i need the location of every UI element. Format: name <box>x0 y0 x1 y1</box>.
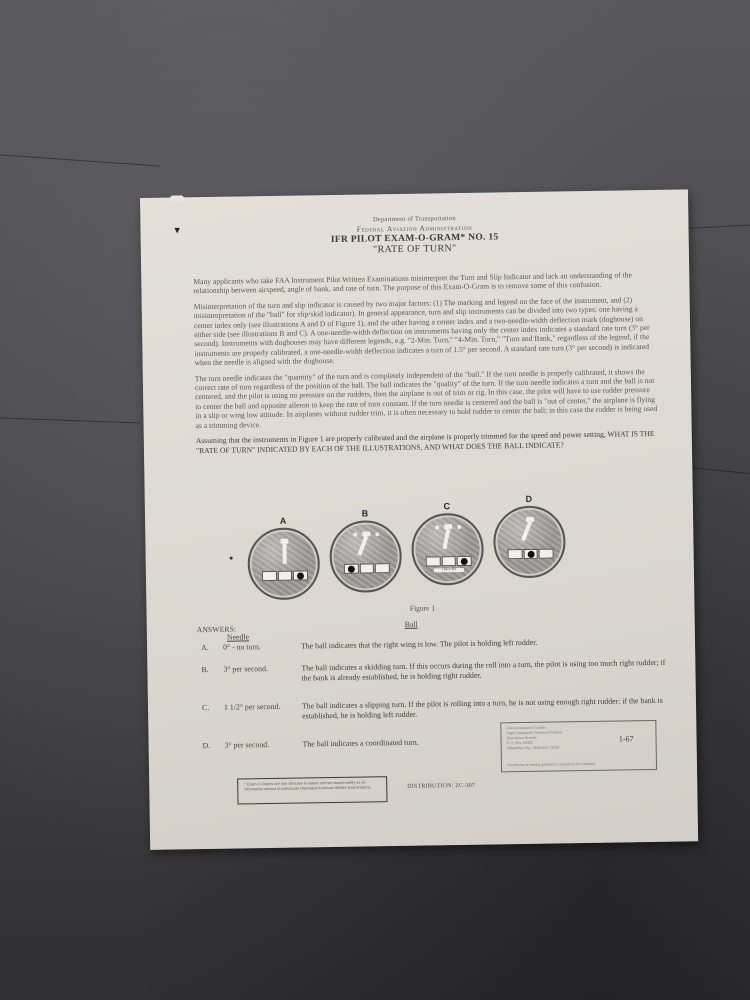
illustration-label: A <box>245 515 321 528</box>
background-crease <box>0 418 140 424</box>
turn-slip-indicator-d: D <box>491 493 568 578</box>
answer-ball: The ball indicates a coordinated turn. <box>303 737 483 749</box>
ball-icon <box>527 551 534 558</box>
ball-icon <box>461 558 468 565</box>
gauge-dial-icon <box>493 505 566 578</box>
background-crease <box>690 467 750 474</box>
answer-needle: 1 1/2° per second. <box>224 702 302 722</box>
permission-note: Permission is hereby granted to reproduc… <box>507 762 596 768</box>
intro-paragraph: Many applicants who take FAA Instrument … <box>193 270 655 296</box>
doghouse-mark-icon <box>353 533 357 537</box>
inclinometer-icon <box>262 570 308 581</box>
answer-ball: The ball indicates a slipping turn. If t… <box>302 696 674 721</box>
misinterpretation-paragraph: Misinterpretation of the turn and slip i… <box>194 295 657 368</box>
doghouse-mark-icon <box>457 525 461 529</box>
answer-row-b: B. 3° per second. The ball indicates a s… <box>197 658 673 685</box>
answers-section: ANSWERS: Needle Ball A. 0° - no turn. Th… <box>197 618 673 625</box>
answer-letter: A. <box>197 643 223 653</box>
illustration-label: D <box>491 493 567 506</box>
answer-needle: 3° per second. <box>225 740 303 751</box>
gauge-dial-icon: 2 MIN TURN <box>411 513 484 586</box>
turn-slip-indicator-a: A <box>245 515 322 600</box>
inclinometer-icon <box>344 563 390 574</box>
ball-icon <box>297 572 304 579</box>
disclaimer-box: * Exam-O-Grams are non-directive in natu… <box>237 776 387 804</box>
stray-dot <box>230 557 233 560</box>
answer-letter: D. <box>199 741 225 751</box>
answer-needle: 3° per second. <box>223 664 301 684</box>
answer-row-a: A. 0° - no turn. The ball indicates that… <box>197 636 673 653</box>
document-header: Department of Transportation Federal Avi… <box>140 211 689 259</box>
illustration-label: B <box>327 508 403 521</box>
background-crease <box>0 154 160 166</box>
issuer-line: Oklahoma City, Oklahoma 73125 <box>507 744 651 751</box>
answer-letter: B. <box>197 665 223 685</box>
turn-needle-icon <box>521 521 532 541</box>
answer-needle: 0° - no turn. <box>223 642 301 653</box>
exam-o-gram-page: ▾ Department of Transportation Federal A… <box>140 189 698 850</box>
distribution-code: DISTRIBUTION: ZC-307 <box>407 783 475 790</box>
doghouse-mark-icon <box>435 525 439 529</box>
answer-letter: C. <box>198 703 224 723</box>
answer-row-c: C. 1 1/2° per second. The ball indicates… <box>198 696 674 723</box>
answer-ball: The ball indicates a skidding turn. If t… <box>301 658 673 683</box>
turn-needle-icon <box>442 529 450 549</box>
turn-slip-indicator-b: B <box>327 508 404 593</box>
gauge-dial-icon <box>329 520 402 593</box>
inclinometer-icon <box>508 549 554 560</box>
turn-needle-icon <box>357 536 368 556</box>
gauge-legend: 2 MIN TURN <box>434 568 464 572</box>
torn-corner <box>170 195 184 201</box>
figure-caption: Figure 1 <box>232 601 612 616</box>
doghouse-mark-icon <box>375 532 379 536</box>
issue-code: 1-67 <box>619 736 634 741</box>
illustration-label: C <box>409 501 485 514</box>
document-body: Many applicants who take FAA Instrument … <box>193 270 658 461</box>
answer-ball: The ball indicates that the right wing i… <box>301 636 673 651</box>
needle-column-header: Needle <box>227 632 249 641</box>
ball-column-header: Ball <box>405 620 418 629</box>
turn-needle-icon <box>282 544 286 564</box>
turn-needle-paragraph: The turn needle indicates the "quantity"… <box>195 367 658 431</box>
ball-icon <box>348 566 355 573</box>
issuer-info-box: FAA Aeronautical Center Flight Standards… <box>500 720 657 772</box>
inclinometer-icon <box>426 556 472 567</box>
question-paragraph: Assuming that the instruments in Figure … <box>196 429 658 455</box>
gauge-dial-icon <box>247 527 320 600</box>
figure-1: ABC2 MIN TURND Figure 1 <box>231 501 613 617</box>
turn-slip-indicator-c: C2 MIN TURN <box>409 501 486 586</box>
